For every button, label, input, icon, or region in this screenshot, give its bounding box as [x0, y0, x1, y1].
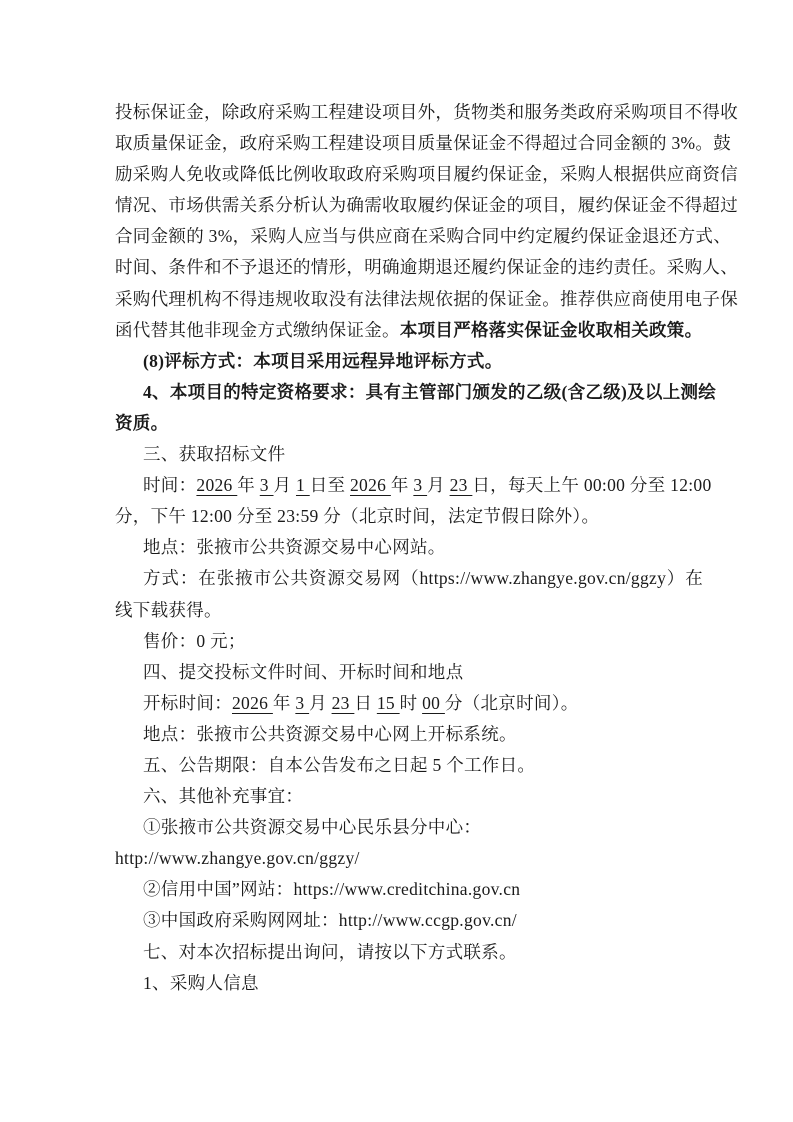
- text-run: 励采购人免收或降低比例收取政府采购项目履约保证金，采购人根据供应商资信: [115, 164, 738, 184]
- doc-line: 地点：张掖市公共资源交易中心网上开标系统。: [115, 719, 703, 750]
- doc-line: 六、其他补充事宜：: [115, 781, 703, 812]
- doc-line: 情况、市场供需关系分析认为确需收取履约保证金的项目，履约保证金不得超过: [115, 190, 703, 221]
- doc-line: 时间、条件和不予退还的情形，明确逾期退还履约保证金的违约责任。采购人、: [115, 252, 703, 283]
- doc-line: http://www.zhangye.gov.cn/ggzy/: [115, 843, 703, 874]
- text-run: 分（北京时间）。: [445, 693, 579, 713]
- underlined-text-run: 3: [260, 475, 274, 495]
- doc-line: 售价：0 元；: [115, 626, 703, 657]
- doc-line: 励采购人免收或降低比例收取政府采购项目履约保证金，采购人根据供应商资信: [115, 159, 703, 190]
- doc-line: 地点：张掖市公共资源交易中心网站。: [115, 532, 703, 563]
- bold-text-run: 4、本项目的特定资格要求：具有主管部门颁发的乙级(含乙级)及以上测绘: [143, 382, 716, 402]
- underlined-text-run: 23: [332, 693, 355, 713]
- text-run: 线下载获得。: [115, 600, 222, 620]
- underlined-text-run: 3: [413, 475, 427, 495]
- doc-line: 投标保证金，除政府采购工程建设项目外，货物类和服务类政府采购项目不得收: [115, 97, 703, 128]
- doc-line: ②信用中国”网站：https://www.creditchina.gov.cn: [115, 874, 703, 905]
- doc-line: 1、采购人信息: [115, 968, 703, 999]
- document-text-body: 投标保证金，除政府采购工程建设项目外，货物类和服务类政府采购项目不得收取质量保证…: [115, 97, 703, 999]
- bold-text-run: 本项目严格落实保证金收取相关政策。: [400, 320, 703, 340]
- underlined-text-run: 3: [295, 693, 309, 713]
- doc-line: 函代替其他非现金方式缴纳保证金。本项目严格落实保证金收取相关政策。: [115, 315, 703, 346]
- doc-line: 五、公告期限：自本公告发布之日起 5 个工作日。: [115, 750, 703, 781]
- text-run: 时间：: [143, 475, 196, 495]
- doc-line: 分，下午 12:00 分至 23:59 分（北京时间，法定节假日除外）。: [115, 501, 703, 532]
- text-run: 年: [273, 693, 295, 713]
- text-run: 三、获取招标文件: [143, 444, 285, 464]
- text-run: 日，每天上午 00:00 分至 12:00: [472, 475, 711, 495]
- text-run: 七、对本次招标提出询问，请按以下方式联系。: [143, 942, 517, 962]
- underlined-text-run: 15: [377, 693, 400, 713]
- text-run: 月: [309, 693, 331, 713]
- text-run: 月: [427, 475, 449, 495]
- underlined-text-run: 23: [450, 475, 473, 495]
- text-run: 投标保证金，除政府采购工程建设项目外，货物类和服务类政府采购项目不得收: [115, 102, 738, 122]
- underlined-text-run: 2026: [196, 475, 237, 495]
- doc-line: 三、获取招标文件: [115, 439, 703, 470]
- doc-line: 时间：2026 年 3 月 1 日至 2026 年 3 月 23 日，每天上午 …: [115, 470, 703, 501]
- doc-line: 取质量保证金，政府采购工程建设项目质量保证金不得超过合同金额的 3%。鼓: [115, 128, 703, 159]
- underlined-text-run: 1: [296, 475, 310, 495]
- doc-line: 4、本项目的特定资格要求：具有主管部门颁发的乙级(含乙级)及以上测绘: [115, 377, 703, 408]
- doc-line: 合同金额的 3%，采购人应当与供应商在采购合同中约定履约保证金退还方式、: [115, 221, 703, 252]
- document-page: 投标保证金，除政府采购工程建设项目外，货物类和服务类政府采购项目不得收取质量保证…: [0, 0, 793, 1122]
- text-run: 时间、条件和不予退还的情形，明确逾期退还履约保证金的违约责任。采购人、: [115, 257, 738, 277]
- doc-line: ③中国政府采购网网址：http://www.ccgp.gov.cn/: [115, 905, 703, 936]
- bold-text-run: 资质。: [115, 413, 168, 433]
- bold-text-run: (8)评标方式：本项目采用远程异地评标方式。: [143, 351, 503, 371]
- text-run: 时: [400, 693, 422, 713]
- text-run: http://www.zhangye.gov.cn/ggzy/: [115, 848, 360, 868]
- doc-line: 资质。: [115, 408, 703, 439]
- underlined-text-run: 00: [422, 693, 445, 713]
- text-run: 月: [274, 475, 296, 495]
- underlined-text-run: 2026: [232, 693, 273, 713]
- doc-line: 开标时间：2026 年 3 月 23 日 15 时 00 分（北京时间）。: [115, 688, 703, 719]
- text-run: ①张掖市公共资源交易中心民乐县分中心：: [143, 817, 481, 837]
- text-run: 取质量保证金，政府采购工程建设项目质量保证金不得超过合同金额的 3%。鼓: [115, 133, 731, 153]
- text-run: ②信用中国”网站：https://www.creditchina.gov.cn: [143, 879, 520, 899]
- text-run: 年: [391, 475, 413, 495]
- text-run: 1、采购人信息: [143, 973, 259, 993]
- text-run: 采购代理机构不得违规收取没有法律法规依据的保证金。推荐供应商使用电子保: [115, 289, 738, 309]
- text-run: 开标时间：: [143, 693, 232, 713]
- text-run: 地点：张掖市公共资源交易中心网上开标系统。: [143, 724, 517, 744]
- doc-line: 七、对本次招标提出询问，请按以下方式联系。: [115, 937, 703, 968]
- text-run: ③中国政府采购网网址：http://www.ccgp.gov.cn/: [143, 910, 517, 930]
- text-run: 合同金额的 3%，采购人应当与供应商在采购合同中约定履约保证金退还方式、: [115, 226, 731, 246]
- text-run: 售价：0 元；: [143, 631, 246, 651]
- text-run: 日: [354, 693, 376, 713]
- doc-line: (8)评标方式：本项目采用远程异地评标方式。: [115, 346, 703, 377]
- doc-line: 四、提交投标文件时间、开标时间和地点: [115, 657, 703, 688]
- text-run: 年: [237, 475, 259, 495]
- underlined-text-run: 2026: [350, 475, 391, 495]
- text-run: 地点：张掖市公共资源交易中心网站。: [143, 537, 446, 557]
- text-run: 日至: [310, 475, 350, 495]
- text-run: 方式：在张掖市公共资源交易网（https://www.zhangye.gov.c…: [143, 568, 703, 588]
- text-run: 五、公告期限：自本公告发布之日起 5 个工作日。: [143, 755, 535, 775]
- text-run: 六、其他补充事宜：: [143, 786, 303, 806]
- text-run: 四、提交投标文件时间、开标时间和地点: [143, 662, 463, 682]
- text-run: 情况、市场供需关系分析认为确需收取履约保证金的项目，履约保证金不得超过: [115, 195, 738, 215]
- doc-line: 线下载获得。: [115, 595, 703, 626]
- doc-line: 方式：在张掖市公共资源交易网（https://www.zhangye.gov.c…: [115, 563, 703, 594]
- text-run: 函代替其他非现金方式缴纳保证金。: [115, 320, 400, 340]
- text-run: 分，下午 12:00 分至 23:59 分（北京时间，法定节假日除外）。: [115, 506, 599, 526]
- doc-line: 采购代理机构不得违规收取没有法律法规依据的保证金。推荐供应商使用电子保: [115, 284, 703, 315]
- doc-line: ①张掖市公共资源交易中心民乐县分中心：: [115, 812, 703, 843]
